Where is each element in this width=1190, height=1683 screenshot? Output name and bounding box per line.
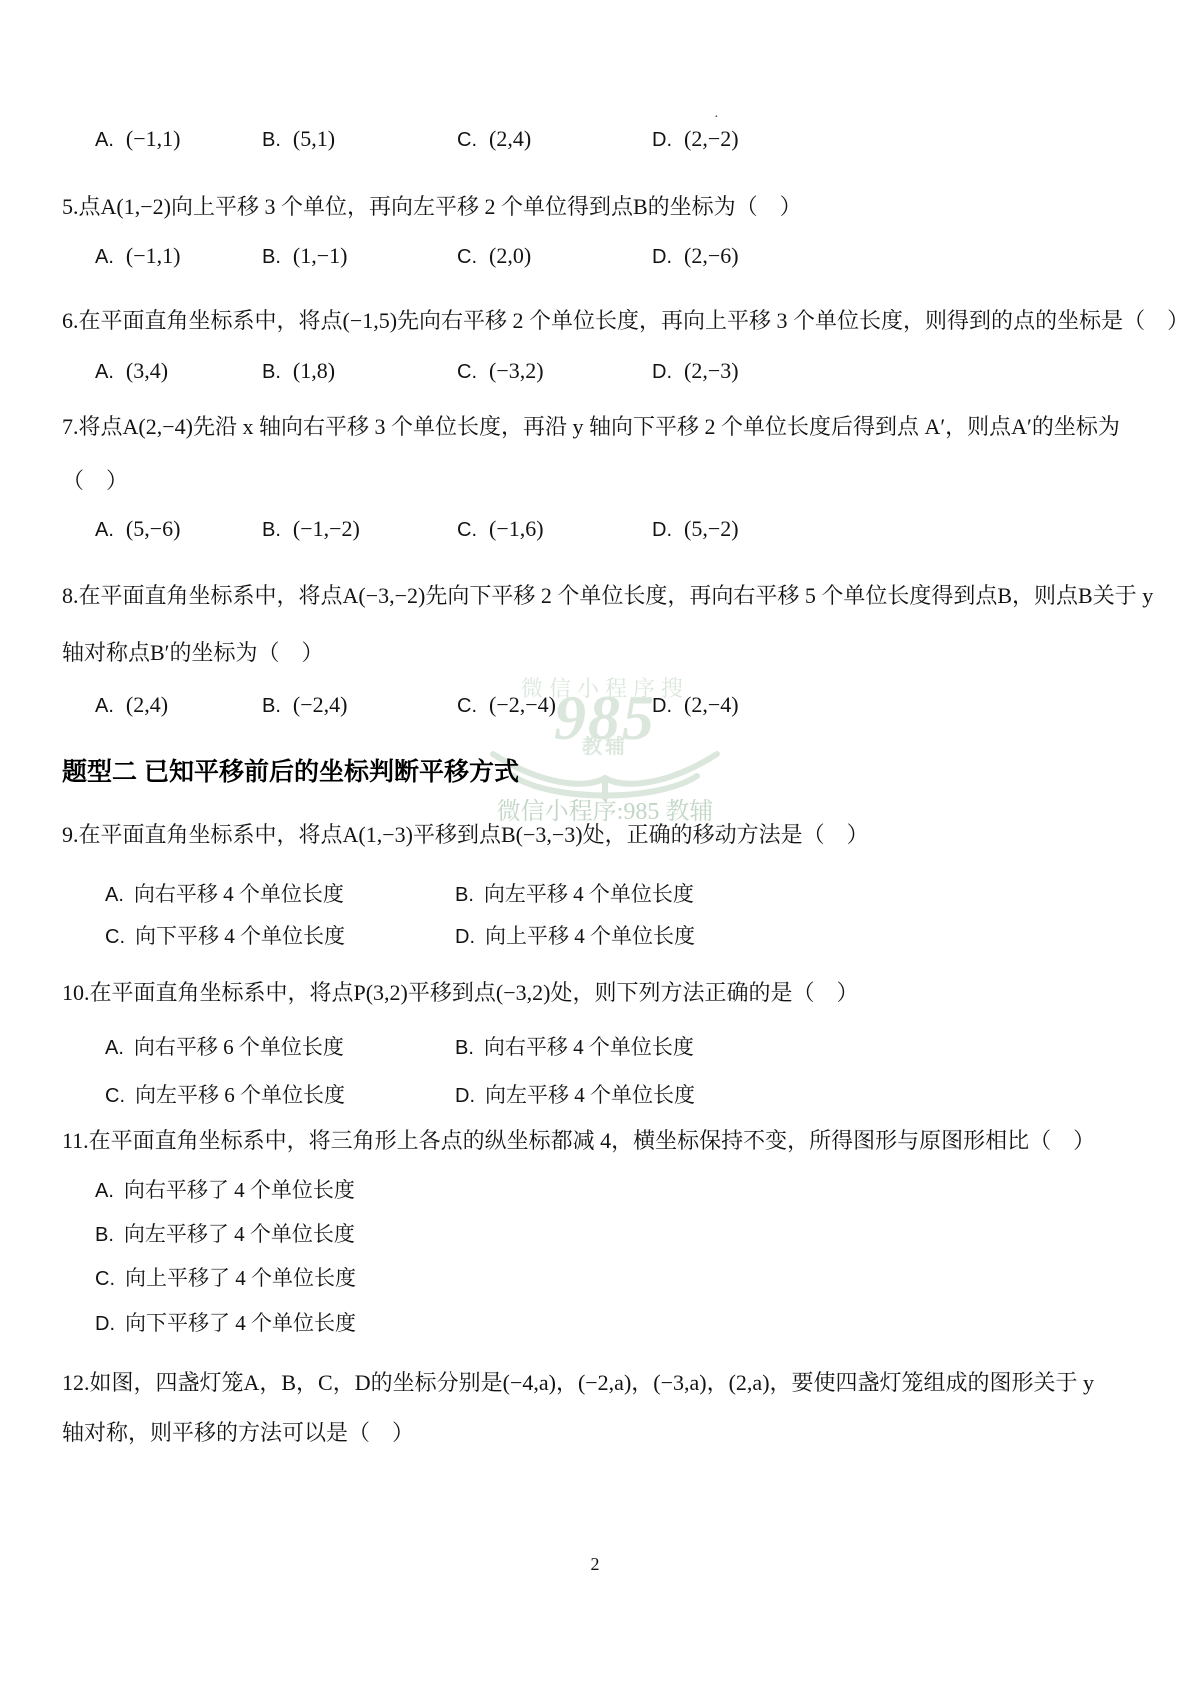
q9-option-b: B. 向左平移 4 个单位长度 bbox=[455, 878, 694, 908]
option-value: (−1,−2) bbox=[293, 516, 360, 542]
question-12-stem-line2: 轴对称，则平移的方法可以是（ ） bbox=[62, 1418, 414, 1448]
stray-mark: · bbox=[714, 110, 719, 126]
option-letter-d: D. bbox=[652, 129, 672, 152]
q4-option-c: C. (2,4) bbox=[457, 126, 652, 152]
q10-option-b: B. 向右平移 4 个单位长度 bbox=[455, 1031, 694, 1061]
option-value: 向右平移 4 个单位长度 bbox=[134, 878, 344, 908]
option-letter-b: B. bbox=[262, 519, 281, 542]
option-letter-d: D. bbox=[95, 1313, 115, 1336]
option-letter-d: D. bbox=[455, 1085, 475, 1108]
option-value: (−1,1) bbox=[126, 126, 181, 152]
q5-option-a: A. (−1,1) bbox=[95, 243, 262, 269]
option-value: (5,−2) bbox=[684, 516, 739, 542]
q10-options-row-2: C. 向左平移 6 个单位长度 D. 向左平移 4 个单位长度 bbox=[105, 1079, 695, 1109]
q9-option-c: C. 向下平移 4 个单位长度 bbox=[105, 920, 455, 950]
option-letter-a: A. bbox=[105, 1037, 124, 1060]
q6-options-row: A. (3,4) B. (1,8) C. (−3,2) D. (2,−3) bbox=[95, 358, 739, 384]
option-letter-b: B. bbox=[262, 129, 281, 152]
option-value: (2,0) bbox=[489, 243, 531, 269]
q4-option-a: A. (−1,1) bbox=[95, 126, 262, 152]
option-value: (2,4) bbox=[126, 692, 168, 718]
option-letter-c: C. bbox=[457, 695, 477, 718]
option-letter-c: C. bbox=[457, 246, 477, 269]
option-letter-d: D. bbox=[652, 519, 672, 542]
option-letter-d: D. bbox=[455, 926, 475, 949]
question-8-stem-line1: 8.在平面直角坐标系中，将点A(−3,−2)先向下平移 2 个单位长度，再向右平… bbox=[62, 581, 1153, 611]
page-number: 2 bbox=[0, 1554, 1190, 1575]
option-value: (2,4) bbox=[489, 126, 531, 152]
option-value: 向右平移 4 个单位长度 bbox=[484, 1031, 694, 1061]
q7-option-b: B. (−1,−2) bbox=[262, 516, 457, 542]
question-11-stem: 11.在平面直角坐标系中，将三角形上各点的纵坐标都减 4，横坐标保持不变，所得图… bbox=[62, 1126, 1095, 1156]
option-value: 向上平移了 4 个单位长度 bbox=[125, 1262, 356, 1292]
section-heading: 题型二 已知平移前后的坐标判断平移方式 bbox=[62, 752, 519, 788]
option-letter-c: C. bbox=[457, 519, 477, 542]
option-value: (−2,4) bbox=[293, 692, 348, 718]
option-value: (−1,6) bbox=[489, 516, 544, 542]
option-letter-a: A. bbox=[95, 361, 114, 384]
option-value: 向左平移 6 个单位长度 bbox=[135, 1079, 345, 1109]
option-value: 向上平移 4 个单位长度 bbox=[485, 920, 695, 950]
q8-option-a: A. (2,4) bbox=[95, 692, 262, 718]
question-8-stem-line2: 轴对称点B′的坐标为（ ） bbox=[62, 638, 324, 668]
option-value: 向右平移了 4 个单位长度 bbox=[124, 1174, 355, 1204]
option-value: (5,1) bbox=[293, 126, 335, 152]
option-letter-d: D. bbox=[652, 695, 672, 718]
q7-options-row: A. (5,−6) B. (−1,−2) C. (−1,6) D. (5,−2) bbox=[95, 516, 739, 542]
q5-options-row: A. (−1,1) B. (1,−1) C. (2,0) D. (2,−6) bbox=[95, 243, 739, 269]
option-letter-c: C. bbox=[457, 361, 477, 384]
option-value: (2,−3) bbox=[684, 358, 739, 384]
option-value: (−1,1) bbox=[126, 243, 181, 269]
option-value: (1,−1) bbox=[293, 243, 348, 269]
q5-option-c: C. (2,0) bbox=[457, 243, 652, 269]
option-value: (1,8) bbox=[293, 358, 335, 384]
option-letter-c: C. bbox=[457, 129, 477, 152]
option-letter-a: A. bbox=[95, 695, 114, 718]
option-value: 向下平移 4 个单位长度 bbox=[135, 920, 345, 950]
option-value: (3,4) bbox=[126, 358, 168, 384]
q9-option-d: D. 向上平移 4 个单位长度 bbox=[455, 920, 695, 950]
option-value: (2,−4) bbox=[684, 692, 739, 718]
worksheet-page: 微信小程序搜 985 教辅 微信小程序:985 教辅 · A. (−1,1) B… bbox=[0, 0, 1190, 1683]
q11-option-d: D. 向下平移了 4 个单位长度 bbox=[95, 1307, 356, 1337]
option-value: (5,−6) bbox=[126, 516, 181, 542]
q9-option-a: A. 向右平移 4 个单位长度 bbox=[105, 878, 455, 908]
option-letter-a: A. bbox=[95, 519, 114, 542]
option-letter-d: D. bbox=[652, 246, 672, 269]
q6-option-b: B. (1,8) bbox=[262, 358, 457, 384]
q9-options-row-2: C. 向下平移 4 个单位长度 D. 向上平移 4 个单位长度 bbox=[105, 920, 695, 950]
q11-option-a: A. 向右平移了 4 个单位长度 bbox=[95, 1174, 355, 1204]
q10-option-c: C. 向左平移 6 个单位长度 bbox=[105, 1079, 455, 1109]
q11-option-c: C. 向上平移了 4 个单位长度 bbox=[95, 1262, 356, 1292]
q10-option-a: A. 向右平移 6 个单位长度 bbox=[105, 1031, 455, 1061]
option-value: (−3,2) bbox=[489, 358, 544, 384]
question-9-stem: 9.在平面直角坐标系中，将点A(1,−3)平移到点B(−3,−3)处，正确的移动… bbox=[62, 820, 869, 850]
q10-option-d: D. 向左平移 4 个单位长度 bbox=[455, 1079, 695, 1109]
option-letter-a: A. bbox=[105, 884, 124, 907]
option-letter-c: C. bbox=[95, 1268, 115, 1291]
option-letter-a: A. bbox=[95, 1180, 114, 1203]
q7-option-c: C. (−1,6) bbox=[457, 516, 652, 542]
q9-options-row-1: A. 向右平移 4 个单位长度 B. 向左平移 4 个单位长度 bbox=[105, 878, 694, 908]
option-letter-d: D. bbox=[652, 361, 672, 384]
option-value: (2,−2) bbox=[684, 126, 739, 152]
q10-options-row-1: A. 向右平移 6 个单位长度 B. 向右平移 4 个单位长度 bbox=[105, 1031, 694, 1061]
option-value: 向右平移 6 个单位长度 bbox=[134, 1031, 344, 1061]
q8-option-d: D. (2,−4) bbox=[652, 692, 739, 718]
option-letter-b: B. bbox=[455, 884, 474, 907]
option-value: 向左平移 4 个单位长度 bbox=[484, 878, 694, 908]
q4-option-b: B. (5,1) bbox=[262, 126, 457, 152]
q5-option-b: B. (1,−1) bbox=[262, 243, 457, 269]
option-value: 向左平移了 4 个单位长度 bbox=[124, 1218, 355, 1248]
option-value: (−2,−4) bbox=[489, 692, 556, 718]
option-letter-c: C. bbox=[105, 1085, 125, 1108]
q5-option-d: D. (2,−6) bbox=[652, 243, 739, 269]
option-letter-c: C. bbox=[105, 926, 125, 949]
question-6-stem: 6.在平面直角坐标系中，将点(−1,5)先向右平移 2 个单位长度，再向上平移 … bbox=[62, 306, 1189, 336]
option-letter-a: A. bbox=[95, 129, 114, 152]
q8-option-c: C. (−2,−4) bbox=[457, 692, 652, 718]
q11-option-b: B. 向左平移了 4 个单位长度 bbox=[95, 1218, 355, 1248]
q7-option-a: A. (5,−6) bbox=[95, 516, 262, 542]
question-10-stem: 10.在平面直角坐标系中，将点P(3,2)平移到点(−3,2)处，则下列方法正确… bbox=[62, 978, 858, 1008]
q6-option-a: A. (3,4) bbox=[95, 358, 262, 384]
question-7-stem-line1: 7.将点A(2,−4)先沿 x 轴向右平移 3 个单位长度，再沿 y 轴向下平移… bbox=[62, 412, 1120, 442]
q6-option-c: C. (−3,2) bbox=[457, 358, 652, 384]
option-letter-b: B. bbox=[262, 246, 281, 269]
question-12-stem-line1: 12.如图，四盏灯笼A，B，C，D的坐标分别是(−4,a)，(−2,a)，(−3… bbox=[62, 1368, 1094, 1398]
option-letter-a: A. bbox=[95, 246, 114, 269]
q8-option-b: B. (−2,4) bbox=[262, 692, 457, 718]
option-letter-b: B. bbox=[262, 695, 281, 718]
option-value: 向下平移了 4 个单位长度 bbox=[125, 1307, 356, 1337]
q6-option-d: D. (2,−3) bbox=[652, 358, 739, 384]
option-letter-b: B. bbox=[95, 1224, 114, 1247]
option-letter-b: B. bbox=[262, 361, 281, 384]
q7-option-d: D. (5,−2) bbox=[652, 516, 739, 542]
option-value: 向左平移 4 个单位长度 bbox=[485, 1079, 695, 1109]
q4-option-d: D. (2,−2) bbox=[652, 126, 739, 152]
question-7-stem-line2: （ ） bbox=[62, 466, 128, 496]
option-letter-b: B. bbox=[455, 1037, 474, 1060]
question-5-stem: 5.点A(1,−2)向上平移 3 个单位，再向左平移 2 个单位得到点B的坐标为… bbox=[62, 192, 802, 222]
option-value: (2,−6) bbox=[684, 243, 739, 269]
q4-options-row: A. (−1,1) B. (5,1) C. (2,4) D. (2,−2) bbox=[95, 126, 739, 152]
q8-options-row: A. (2,4) B. (−2,4) C. (−2,−4) D. (2,−4) bbox=[95, 692, 739, 718]
